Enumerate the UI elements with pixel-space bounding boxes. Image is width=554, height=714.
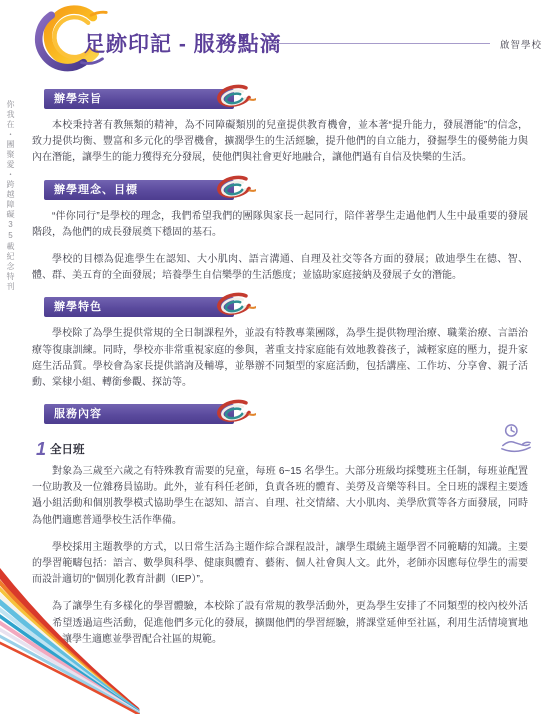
ribbon-swirl-icon xyxy=(202,175,256,205)
service-item-heading: 1 全日班 xyxy=(36,434,532,458)
page-content: 辦學宗旨 本校秉持著有教無類的精神，為不同障礙類別的兒童提供教育機會，並本著“提… xyxy=(0,76,554,659)
paragraph: 學校除了為學生提供常規的全日制課程外，並設有特教專業團隊，為學生提供物理治療、職… xyxy=(32,326,528,391)
paragraph: 學校的目標為促進學生在認知、大小肌肉、語言溝通、自理及社交等各方面的發展；啟迪學… xyxy=(32,252,528,284)
page-header: 足跡印記 - 服務點滴 啟智學校 xyxy=(0,0,554,78)
hand-holding-clock-icon xyxy=(500,422,532,454)
paragraph: “伴你同行”是學校的理念，我們希望我們的團隊與家長一起同行，陪伴著學生走過他們人… xyxy=(32,209,528,241)
section-banner-mission: 辦學宗旨 xyxy=(44,89,234,109)
section-banner-features: 辦學特色 xyxy=(44,297,234,317)
section-banner-philosophy: 辦學理念、目標 xyxy=(44,180,234,200)
paragraph: 本校秉持著有教無類的精神，為不同障礙類別的兒童提供教育機會，並本著“提升能力，發… xyxy=(32,118,528,167)
paragraph: 學校採用主題教學的方式，以日常生活為主題作綜合課程設計，讓學生環繞主題學習不同範… xyxy=(32,540,528,589)
paragraph: 為了讓學生有多樣化的學習體驗，本校除了設有常規的教學活動外，更為學生安排了不同類… xyxy=(32,599,528,648)
service-item-number: 1 xyxy=(36,440,46,458)
page-title: 足跡印記 - 服務點滴 xyxy=(84,28,282,58)
ribbon-swirl-icon xyxy=(202,292,256,322)
ribbon-swirl-icon xyxy=(202,84,256,114)
school-name: 啟智學校 xyxy=(500,37,542,51)
ribbon-swirl-icon xyxy=(202,399,256,429)
service-item-title: 全日班 xyxy=(50,444,85,458)
paragraph: 對象為三歲至六歲之有特殊教育需要的兒童，每班 6~15 名學生。大部分班級均採雙… xyxy=(32,464,528,529)
header-divider-line xyxy=(268,43,490,44)
section-banner-services: 服務內容 xyxy=(44,404,234,424)
document-page: 足跡印記 - 服務點滴 啟智學校 你我在・團聚愛・跨越障礙35載紀念特刊 辦學宗… xyxy=(0,0,554,714)
